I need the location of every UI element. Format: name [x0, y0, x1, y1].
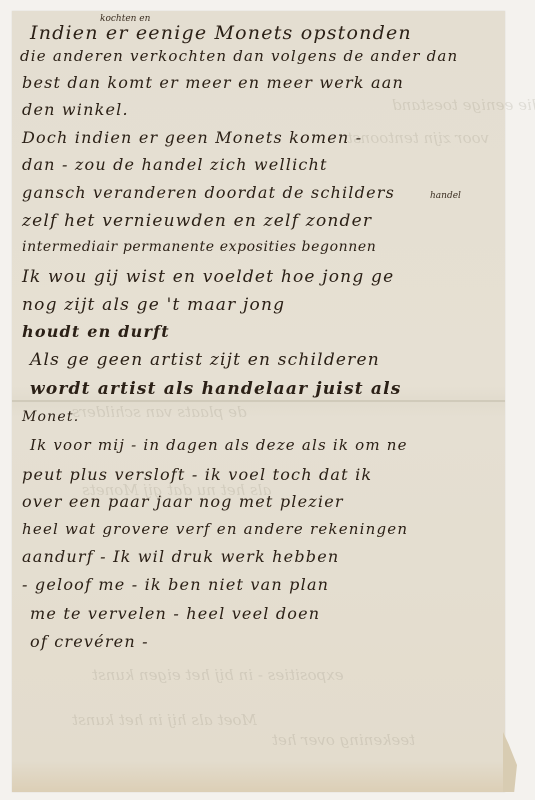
handwritten-line: over een paar jaar nog met plezier [22, 492, 344, 511]
bleed-line: de plaats van schilders [72, 403, 247, 421]
letter-page: die eenige toestand voor zijn tentoonst.… [12, 11, 505, 792]
bleed-line: die eenige toestand [392, 96, 535, 114]
handwritten-line: houdt en durft [22, 322, 170, 341]
handwritten-line: aandurf - Ik wil druk werk hebben [22, 547, 339, 566]
bleed-line: voor zijn tentoonst. [342, 129, 489, 147]
bleed-line: Moet als hij in het kunst [72, 711, 257, 729]
handwritten-line: zelf het vernieuwden en zelf zonder [22, 211, 372, 231]
handwritten-line: heel wat grovere verf en andere rekening… [22, 520, 408, 538]
handwritten-line: nog zijt als ge 't maar jong [22, 295, 285, 315]
handwritten-line: - geloof me - ik ben niet van plan [22, 575, 329, 594]
torn-corner [503, 732, 517, 792]
handwritten-line: gansch veranderen doordat de schilders [22, 183, 395, 202]
handwritten-line: of crevéren - [30, 632, 149, 651]
bleed-line: exposities - in bij het eigen kunst [92, 666, 344, 684]
handwritten-line: Indien er eenige Monets opstonden [30, 22, 412, 44]
handwritten-line: Doch indien er geen Monets komen - [22, 128, 362, 147]
handwritten-line: best dan komt er meer en meer werk aan [22, 73, 404, 92]
handwritten-line: wordt artist als handelaar juist als [30, 379, 402, 399]
handwritten-line: den winkel. [22, 100, 129, 119]
handwritten-line: dan - zou de handel zich wellicht [22, 155, 328, 174]
handwritten-line: peut plus versloft - ik voel toch dat ik [22, 465, 372, 484]
handwritten-line: Monet. [22, 409, 79, 425]
interlinear-insertion: handel [430, 191, 461, 201]
handwritten-line: Ik voor mij - in dagen als deze als ik o… [30, 436, 408, 454]
handwritten-line: intermediair permanente exposities begon… [22, 239, 376, 255]
handwritten-line: Ik wou gij wist en voeldet hoe jong ge [22, 267, 394, 287]
handwritten-line: Als ge geen artist zijt en schilderen [30, 350, 380, 370]
handwritten-line: die anderen verkochten dan volgens de an… [20, 47, 458, 65]
bleed-line: teekening over het [272, 731, 415, 749]
handwritten-line: me te vervelen - heel veel doen [30, 604, 320, 623]
